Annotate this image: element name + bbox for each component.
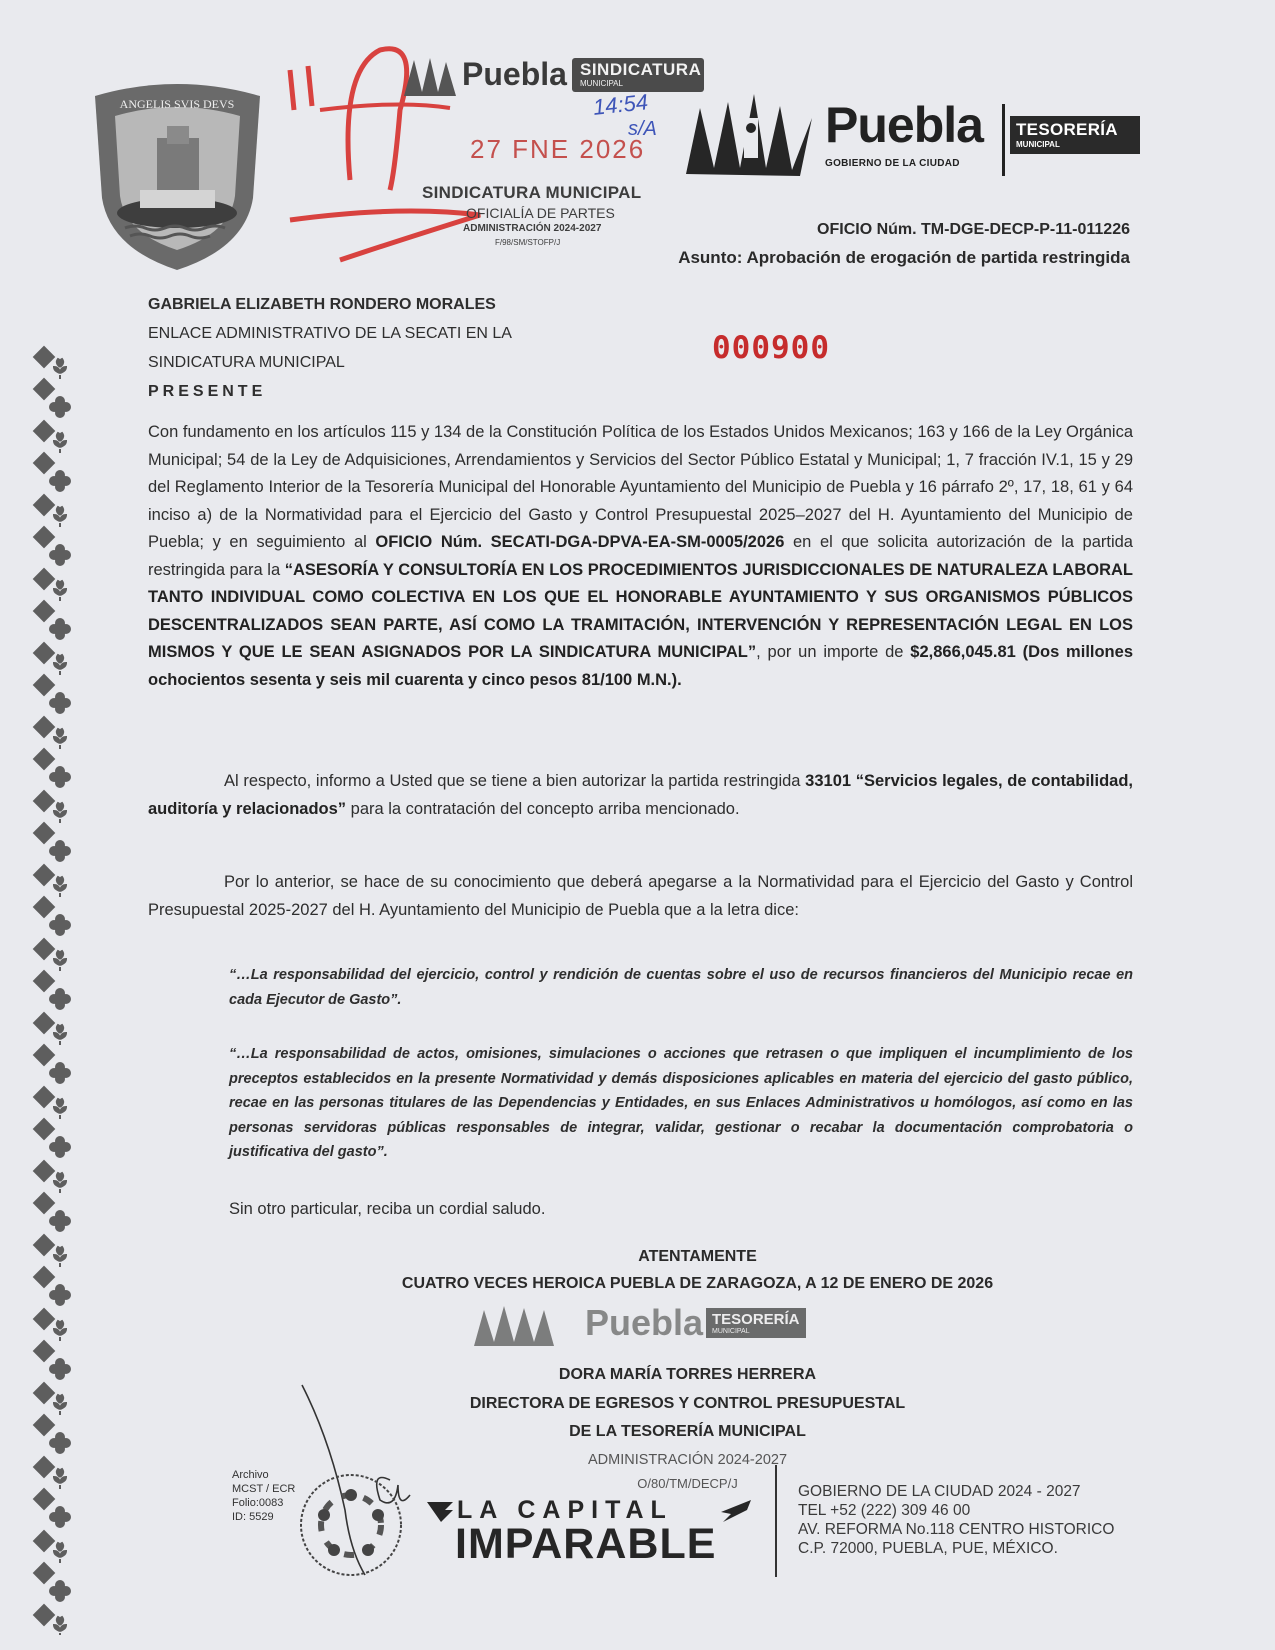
- slogan-line2: IMPARABLE: [455, 1520, 716, 1569]
- archive-line: Archivo: [232, 1468, 295, 1482]
- footer-gov: GOBIERNO DE LA CIUDAD 2024 - 2027: [798, 1482, 1114, 1501]
- administration-period: ADMINISTRACIÓN 2024-2027: [50, 1452, 1275, 1468]
- tesoreria-badge: TESORERÍA MUNICIPAL: [706, 1308, 806, 1338]
- footer-tel: TEL +52 (222) 309 46 00: [798, 1501, 1114, 1520]
- text-run: para la contratación del concepto arriba…: [346, 800, 740, 818]
- paragraph-legal-basis: Con fundamento en los artículos 115 y 13…: [148, 419, 1133, 694]
- badge-title: TESORERÍA: [712, 1311, 800, 1328]
- text-run: Con fundamento en los artículos 115 y 13…: [148, 423, 1133, 551]
- stamp-office-subtitle: OFICIALÍA DE PARTES: [466, 205, 615, 221]
- oficio-number: OFICIO Núm. TM-DGE-DECP-P-11-011226: [817, 221, 1130, 239]
- decorative-border: [30, 345, 80, 1635]
- paragraph-normatividad: Por lo anterior, se hace de su conocimie…: [148, 869, 1133, 924]
- footer-divider: [775, 1465, 777, 1577]
- puebla-emblem-icon: [470, 1300, 580, 1350]
- text-run: Al respecto, informo a Usted que se tien…: [224, 772, 805, 790]
- stamp-office-title: SINDICATURA MUNICIPAL: [422, 183, 641, 203]
- signer-name: DORA MARÍA TORRES HERRERA: [50, 1366, 1275, 1384]
- atentamente-label: ATENTAMENTE: [60, 1248, 1275, 1266]
- sindicatura-badge: SINDICATURA MUNICIPAL: [572, 58, 704, 92]
- addressee-name: GABRIELA ELIZABETH RONDERO MORALES: [148, 290, 512, 319]
- badge-title: TESORERÍA: [1016, 120, 1118, 140]
- tesoreria-badge: TESORERÍA MUNICIPAL: [1010, 116, 1140, 154]
- folio-stamp: 000900: [712, 330, 830, 366]
- archive-stamp: Archivo MCST / ECR Folio:0083 ID: 5529: [232, 1468, 295, 1524]
- archive-line: Folio:0083: [232, 1496, 295, 1510]
- referenced-oficio: OFICIO Núm. SECATI-DGA-DPVA-EA-SM-0005/2…: [375, 533, 784, 551]
- puebla-emblem-icon: [400, 52, 460, 100]
- sindicatura-logo-stamp: Puebla SINDICATURA MUNICIPAL: [400, 52, 710, 100]
- text-run: , por un importe de: [756, 643, 910, 661]
- addressee-block: GABRIELA ELIZABETH RONDERO MORALES ENLAC…: [148, 290, 512, 406]
- svg-text:ANGELIS SVIS DEVS: ANGELIS SVIS DEVS: [120, 97, 235, 111]
- place-and-date: CUATRO VECES HEROICA PUEBLA DE ZARAGOZA,…: [60, 1275, 1275, 1293]
- puebla-wordmark: Puebla: [585, 1302, 703, 1344]
- quote-1: “…La responsabilidad del ejercicio, cont…: [229, 963, 1133, 1012]
- talavera-pattern-icon: [30, 345, 80, 1635]
- quote-2: “…La responsabilidad de actos, omisiones…: [229, 1042, 1133, 1165]
- badge-subtitle: MUNICIPAL: [712, 1328, 750, 1335]
- gobierno-label: GOBIERNO DE LA CIUDAD: [825, 158, 960, 169]
- round-seal-icon: [296, 1470, 406, 1580]
- puebla-emblem-icon: [680, 88, 820, 180]
- coat-of-arms-icon: ANGELIS SVIS DEVS: [85, 78, 270, 273]
- footer-address: AV. REFORMA No.118 CENTRO HISTORICO: [798, 1520, 1114, 1539]
- signer-role-line1: DIRECTORA DE EGRESOS Y CONTROL PRESUPUES…: [50, 1395, 1275, 1413]
- footer-cp: C.P. 72000, PUEBLA, PUE, MÉXICO.: [798, 1539, 1114, 1558]
- badge-subtitle: MUNICIPAL: [1016, 140, 1060, 149]
- paragraph-authorization: Al respecto, informo a Usted que se tien…: [148, 768, 1133, 823]
- badge-subtitle: MUNICIPAL: [580, 79, 623, 88]
- closing-line: Sin otro particular, reciba un cordial s…: [229, 1200, 545, 1219]
- received-time-handwritten: 14:54: [592, 89, 649, 121]
- coat-of-arms: ANGELIS SVIS DEVS: [85, 78, 270, 273]
- slogan-logo: LA CAPITAL IMPARABLE: [425, 1496, 755, 1584]
- tesoreria-seal-stamp: Puebla TESORERÍA MUNICIPAL: [470, 1300, 810, 1355]
- wing-left-icon: [425, 1498, 455, 1524]
- badge-title: SINDICATURA: [580, 60, 701, 80]
- stamp-office-admin: ADMINISTRACIÓN 2024-2027: [463, 223, 601, 234]
- signer-role-line2: DE LA TESORERÍA MUNICIPAL: [50, 1423, 1275, 1441]
- subject-line: Asunto: Aprobación de erogación de parti…: [678, 248, 1130, 268]
- addressee-role-line1: ENLACE ADMINISTRATIVO DE LA SECATI EN LA: [148, 319, 512, 348]
- puebla-wordmark: Puebla: [462, 56, 567, 93]
- stamp-office-ref: F/98/SM/STOFP/J: [495, 238, 560, 247]
- logo-divider: [1002, 104, 1005, 176]
- archive-line: ID: 5529: [232, 1510, 295, 1524]
- footer-contact: GOBIERNO DE LA CIUDAD 2024 - 2027 TEL +5…: [798, 1482, 1114, 1558]
- wing-right-icon: [717, 1498, 753, 1524]
- received-initials-handwritten: s/A: [628, 118, 657, 141]
- presente-label: PRESENTE: [148, 377, 512, 406]
- addressee-role-line2: SINDICATURA MUNICIPAL: [148, 348, 512, 377]
- received-date-stamp: 27 FNE 2026: [470, 134, 645, 165]
- tesoreria-header-logo: Puebla GOBIERNO DE LA CIUDAD TESORERÍA M…: [680, 88, 1140, 180]
- archive-line: MCST / ECR: [232, 1482, 295, 1496]
- puebla-wordmark: Puebla: [825, 96, 983, 154]
